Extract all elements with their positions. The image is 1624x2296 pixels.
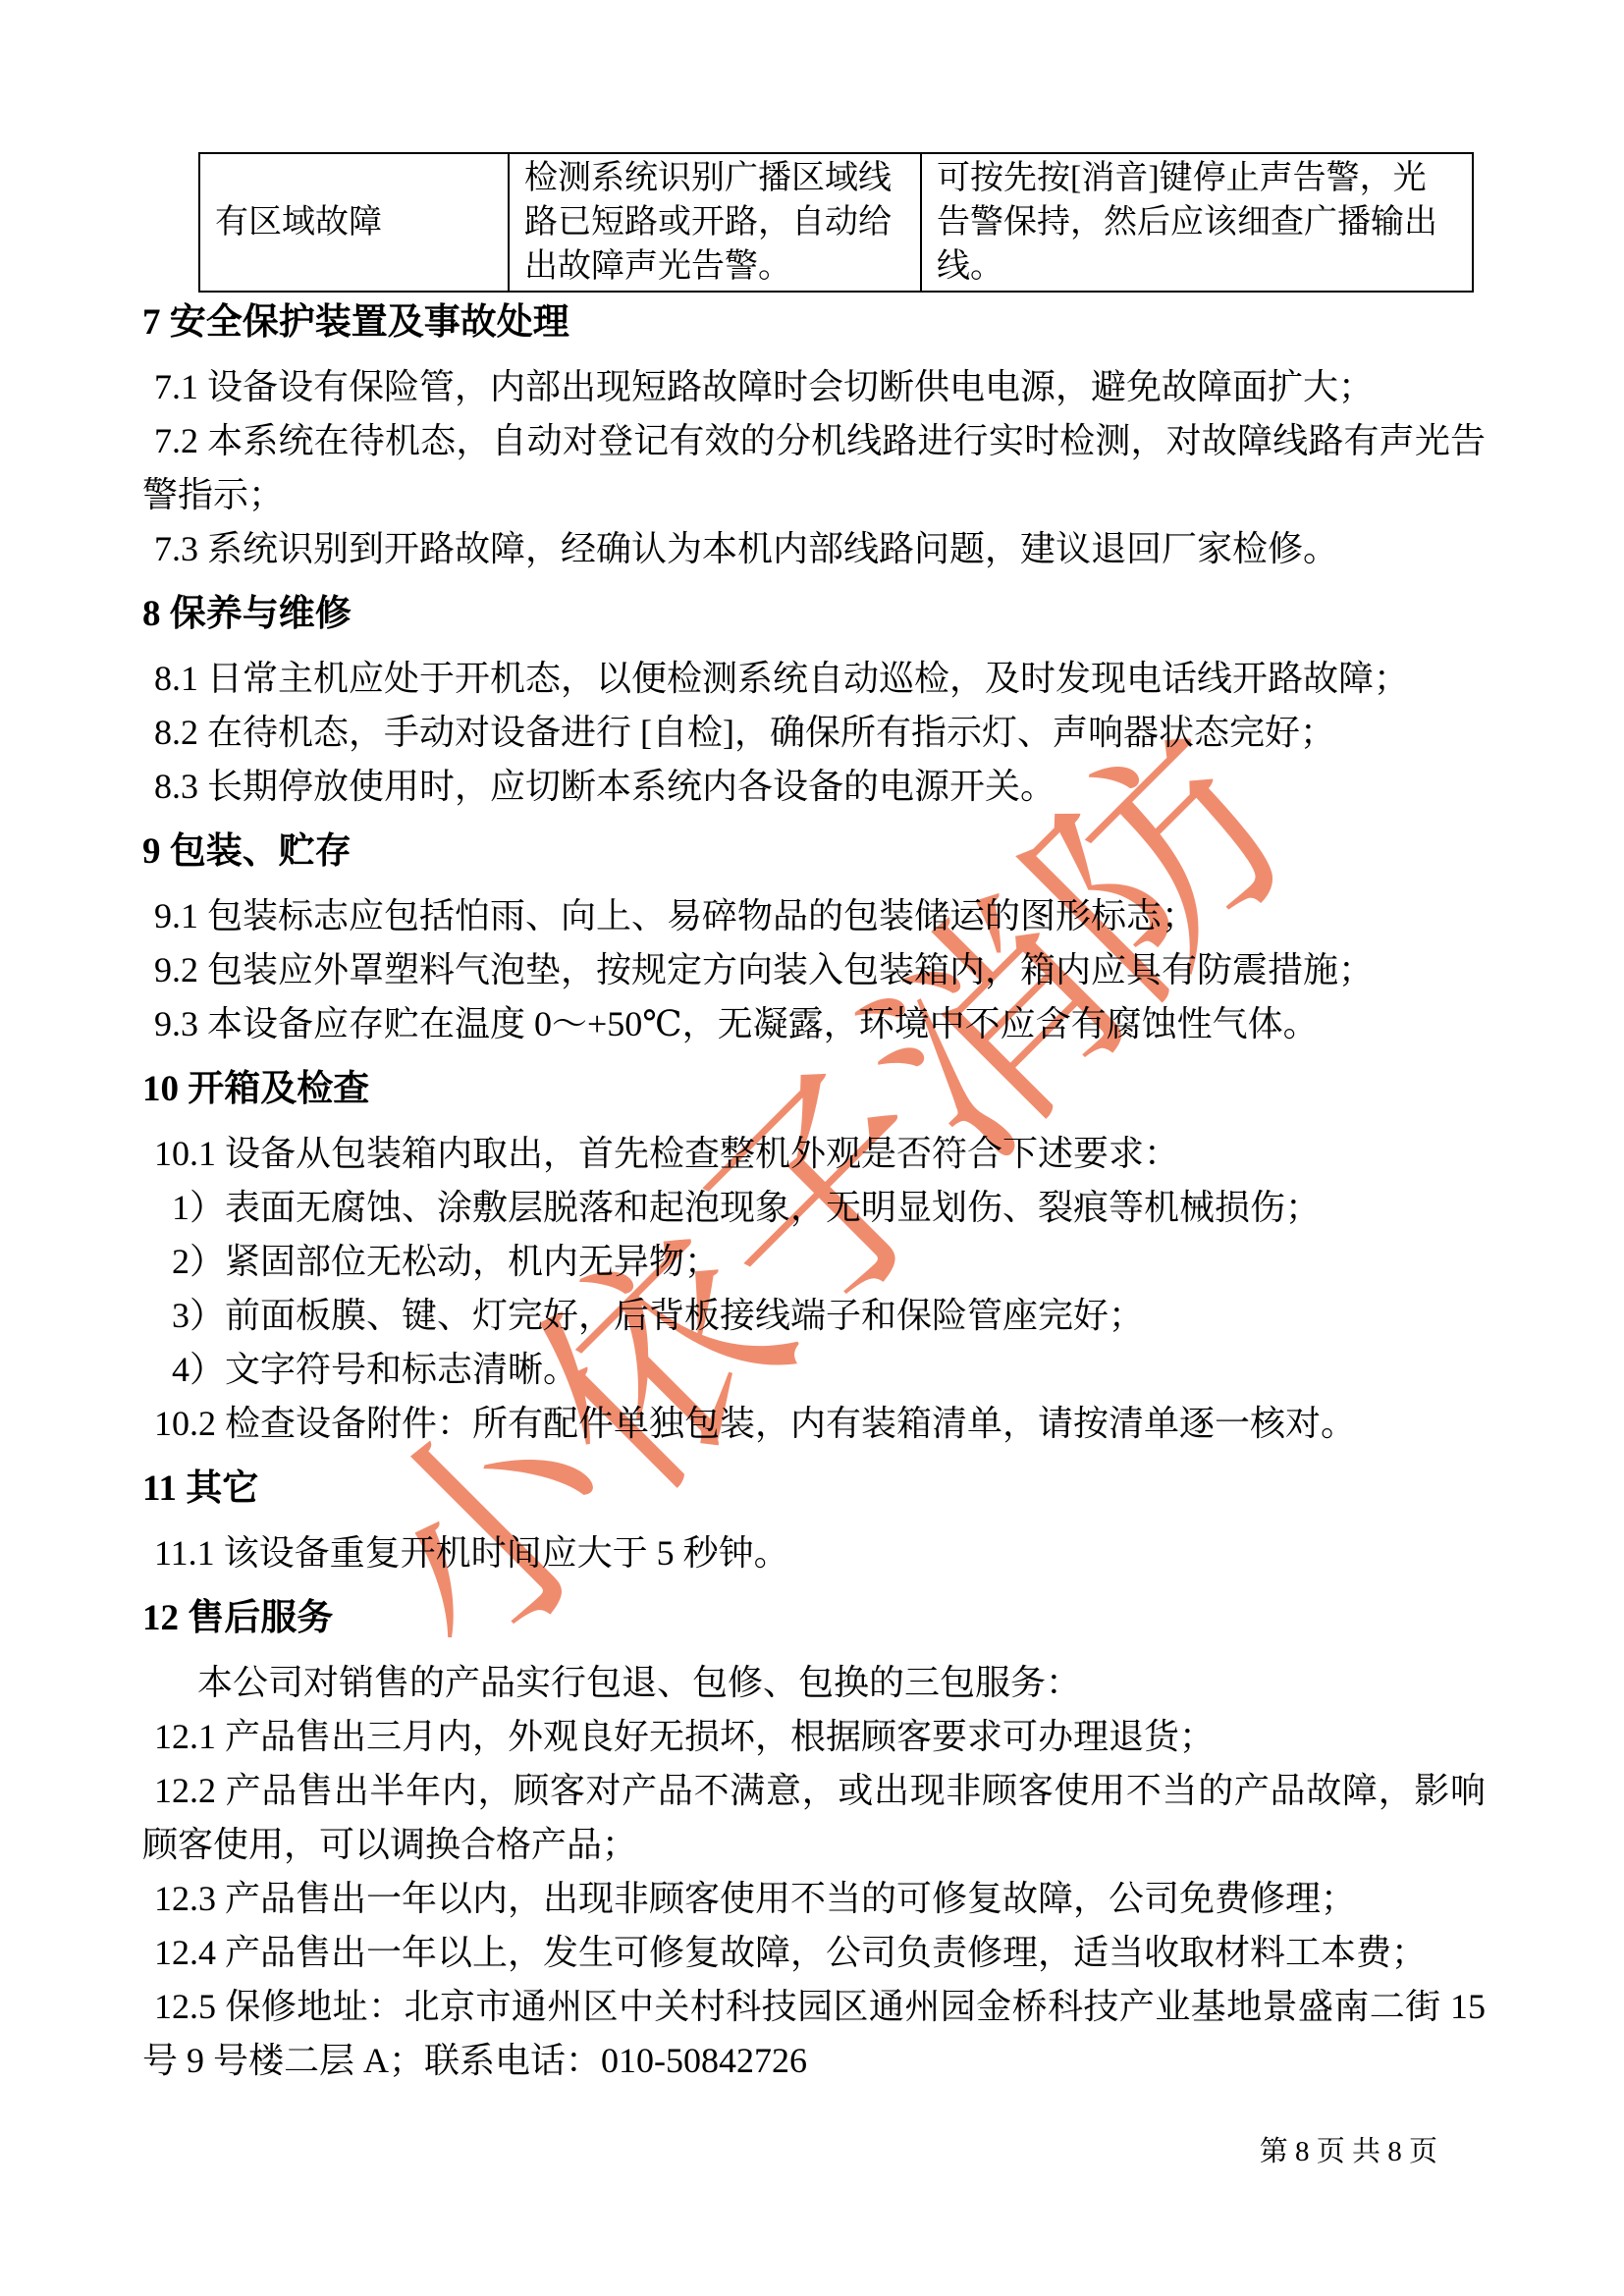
para-12-4: 12.4 产品售出一年以上，发生可修复故障，公司负责修理，适当收取材料工本费； [142,1926,1486,1980]
section-10-heading: 10 开箱及检查 [142,1062,1486,1116]
para-10-1-item-2: 2）紧固部位无松动，机内无异物； [142,1235,1486,1289]
fault-table: 有区域故障 检测系统识别广播区域线路已短路或开路，自动给出故障声光告警。 可按先… [198,152,1472,293]
section-11-heading: 11 其它 [142,1462,1486,1516]
document-body: 7 安全保护装置及事故处理 7.1 设备设有保险管，内部出现短路故障时会切断供电… [142,285,1486,2088]
para-12-5: 12.5 保修地址：北京市通州区中关村科技园区通州园金桥科技产业基地景盛南二街 … [142,1980,1486,2088]
para-8-1: 8.1 日常主机应处于开机态，以便检测系统自动巡检，及时发现电话线开路故障； [142,652,1486,706]
para-9-2: 9.2 包装应外罩塑料气泡垫，按规定方向装入包装箱内，箱内应具有防震措施； [142,943,1486,997]
para-10-1-item-4: 4）文字符号和标志清晰。 [142,1343,1486,1397]
para-10-1-item-3: 3）前面板膜、键、灯完好，后背板接线端子和保险管座完好； [142,1289,1486,1343]
para-9-1: 9.1 包装标志应包括怕雨、向上、易碎物品的包装储运的图形标志； [142,889,1486,943]
table-row: 有区域故障 检测系统识别广播区域线路已短路或开路，自动给出故障声光告警。 可按先… [199,153,1473,292]
para-10-1: 10.1 设备从包装箱内取出，首先检查整机外观是否符合下述要求： [142,1127,1486,1181]
section-7-heading: 7 安全保护装置及事故处理 [142,295,1486,349]
para-8-3: 8.3 长期停放使用时，应切断本系统内各设备的电源开关。 [142,760,1486,814]
fault-name-cell: 有区域故障 [199,153,509,292]
fault-action-cell: 可按先按[消音]键停止声告警，光告警保持，然后应该细查广播输出线。 [921,153,1473,292]
para-12-1: 12.1 产品售出三月内，外观良好无损坏，根据顾客要求可办理退货； [142,1710,1486,1764]
para-9-3: 9.3 本设备应存贮在温度 0～+50℃，无凝露，环境中不应含有腐蚀性气体。 [142,997,1486,1051]
para-7-3: 7.3 系统识别到开路故障，经确认为本机内部线路问题，建议退回厂家检修。 [142,522,1486,576]
para-12-lead: 本公司对销售的产品实行包退、包修、包换的三包服务： [142,1656,1486,1710]
para-11-1: 11.1 该设备重复开机时间应大于 5 秒钟。 [142,1526,1486,1580]
para-12-2: 12.2 产品售出半年内，顾客对产品不满意，或出现非顾客使用不当的产品故障，影响… [142,1764,1486,1872]
para-7-2: 7.2 本系统在待机态，自动对登记有效的分机线路进行实时检测，对故障线路有声光告… [142,414,1486,522]
section-12-heading: 12 售后服务 [142,1591,1486,1645]
section-9-heading: 9 包装、贮存 [142,825,1486,879]
para-7-1: 7.1 设备设有保险管，内部出现短路故障时会切断供电电源，避免故障面扩大； [142,360,1486,414]
section-8-heading: 8 保养与维修 [142,587,1486,641]
para-10-2: 10.2 检查设备附件：所有配件单独包装，内有装箱清单，请按清单逐一核对。 [142,1397,1486,1451]
fault-table-grid: 有区域故障 检测系统识别广播区域线路已短路或开路，自动给出故障声光告警。 可按先… [198,152,1474,293]
page-number-footer: 第 8 页 共 8 页 [1260,2132,1437,2171]
document-page: { "document": { "watermark": { "text": "… [0,0,1624,2296]
fault-description-cell: 检测系统识别广播区域线路已短路或开路，自动给出故障声光告警。 [509,153,921,292]
para-10-1-item-1: 1）表面无腐蚀、涂敷层脱落和起泡现象，无明显划伤、裂痕等机械损伤； [142,1181,1486,1235]
para-8-2: 8.2 在待机态，手动对设备进行 [自检]，确保所有指示灯、声响器状态完好； [142,706,1486,760]
para-12-3: 12.3 产品售出一年以内，出现非顾客使用不当的可修复故障，公司免费修理； [142,1872,1486,1926]
